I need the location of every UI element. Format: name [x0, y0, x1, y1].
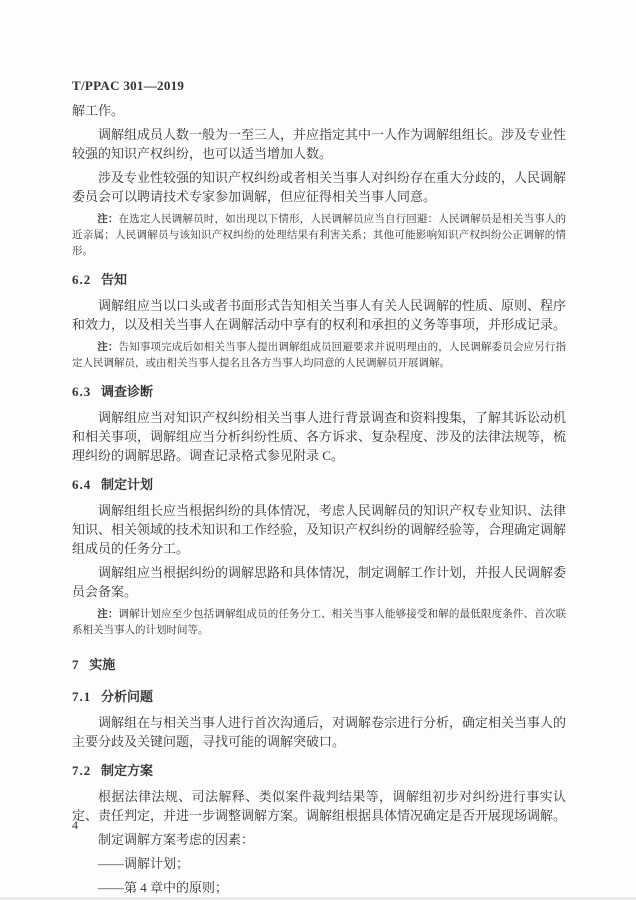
list-item-dash: ——调解计划；	[72, 854, 566, 873]
paragraph: 解工作。	[72, 101, 566, 120]
heading-number: 7	[72, 657, 80, 672]
paragraph: 调解组在与相关当事人进行首次沟通后，对调解卷宗进行分析，确定相关当事人的主要分歧…	[72, 713, 566, 751]
section-heading: 6.3调查诊断	[72, 382, 566, 401]
paragraph: 制定调解方案考虑的因素：	[72, 830, 566, 849]
note-text: 调解计划应至少包括调解组成员的任务分工、相关当事人能够接受和解的最低限度条件、首…	[72, 609, 566, 636]
paragraph: 调解组应当根据纠纷的调解思路和具体情况，制定调解工作计划，并报人民调解委员会备案…	[72, 563, 566, 601]
note-block: 注：在选定人民调解员时，如出现以下情形，人民调解员应当自行回避：人民调解员是相关…	[72, 212, 566, 260]
heading-number: 6.2	[72, 272, 91, 287]
heading-title: 分析问题	[101, 689, 153, 704]
note-label: 注：	[97, 214, 118, 225]
note-text: 在选定人民调解员时，如出现以下情形，人民调解员应当自行回避：人民调解员是相关当事…	[72, 214, 566, 257]
paragraph: 根据法律法规、司法解释、类似案件裁判结果等，调解组初步对纠纷进行事实认定、责任判…	[72, 787, 566, 825]
heading-title: 制定计划	[101, 477, 153, 492]
paragraph: 涉及专业性较强的知识产权纠纷或者相关当事人对纠纷存在重大分歧的，人民调解委员会可…	[72, 168, 566, 206]
note-text: 告知事项完成后如相关当事人提出调解组成员回避要求并说明理由的，人民调解委员会应另…	[72, 342, 566, 369]
heading-number: 7.2	[72, 763, 91, 778]
paragraph: 调解组组长应当根据纠纷的具体情况，考虑人民调解员的知识产权专业知识、法律知识、相…	[72, 501, 566, 558]
paragraph: 调解组应当对知识产权纠纷相关当事人进行背景调查和资料搜集，了解其诉讼动机和相关事…	[72, 408, 566, 465]
note-block: 注：告知事项完成后如相关当事人提出调解组成员回避要求并说明理由的，人民调解委员会…	[72, 340, 566, 372]
page-number: 4	[72, 818, 78, 833]
paragraph: 调解组应当以口头或者书面形式告知相关当事人有关人民调解的性质、原则、程序和效力，…	[72, 296, 566, 334]
section-heading: 6.2告知	[72, 270, 566, 289]
chapter-heading: 7实施	[72, 655, 566, 674]
heading-number: 6.3	[72, 384, 91, 399]
note-label: 注：	[97, 609, 118, 620]
document-code: T/PPAC 301—2019	[72, 78, 184, 94]
section-heading: 7.1分析问题	[72, 687, 566, 706]
heading-title: 告知	[101, 272, 127, 287]
heading-number: 6.4	[72, 477, 91, 492]
section-heading: 7.2制定方案	[72, 761, 566, 780]
list-item-dash: ——第 4 章中的原则；	[72, 878, 566, 897]
document-content: 解工作。调解组成员人数一般为一至三人，并应指定其中一人作为调解组组长。涉及专业性…	[72, 96, 566, 900]
heading-title: 实施	[89, 657, 115, 672]
heading-number: 7.1	[72, 689, 91, 704]
heading-title: 调查诊断	[101, 384, 153, 399]
document-page: T/PPAC 301—2019 解工作。调解组成员人数一般为一至三人，并应指定其…	[0, 0, 636, 900]
heading-title: 制定方案	[101, 763, 153, 778]
paragraph: 调解组成员人数一般为一至三人，并应指定其中一人作为调解组组长。涉及专业性较强的知…	[72, 125, 566, 163]
section-heading: 6.4制定计划	[72, 475, 566, 494]
note-block: 注：调解计划应至少包括调解组成员的任务分工、相关当事人能够接受和解的最低限度条件…	[72, 607, 566, 639]
note-label: 注：	[97, 342, 118, 353]
